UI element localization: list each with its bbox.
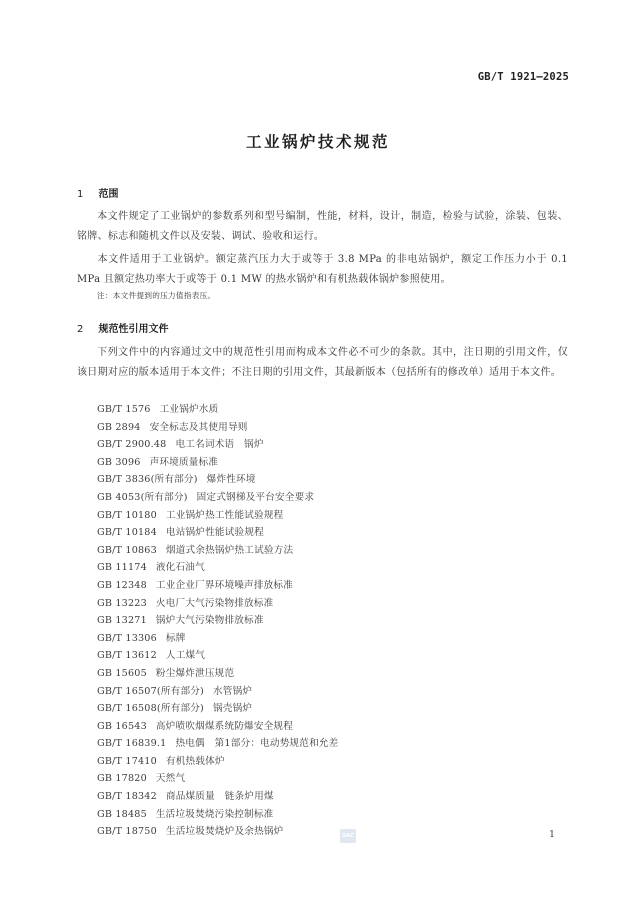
reference-item: GB/T 13612人工煤气 — [97, 647, 338, 665]
reference-item: GB/T 2900.48电工名词术语 锅炉 — [97, 436, 338, 454]
reference-item: GB 15605粉尘爆炸泄压规范 — [97, 665, 338, 683]
reference-item: GB/T 10863烟道式余热锅炉热工试验方法 — [97, 542, 338, 560]
section-title: 范围 — [98, 189, 118, 200]
reference-item: GB 2894安全标志及其使用导则 — [97, 419, 338, 437]
reference-list: GB/T 1576工业锅炉水质 GB 2894安全标志及其使用导则 GB/T 2… — [97, 401, 338, 841]
section-number: 2 — [77, 324, 95, 335]
paragraph-scope-1: 本文件规定了工业锅炉的参数系列和型号编制，性能，材料，设计，制造，检验与试验，涂… — [77, 207, 568, 246]
reference-item: GB 4053(所有部分)固定式钢梯及平台安全要求 — [97, 489, 338, 507]
standard-code: GB/T 1921—2025 — [478, 71, 569, 83]
document-page: GB/T 1921—2025 工业锅炉技术规范 1 范围 本文件规定了工业锅炉的… — [0, 0, 636, 900]
reference-item: GB/T 3836(所有部分)爆炸性环境 — [97, 471, 338, 489]
reference-item: GB/T 16508(所有部分)锅壳锅炉 — [97, 700, 338, 718]
section-1-heading: 1 范围 — [77, 185, 118, 200]
section-2-heading: 2 规范性引用文件 — [77, 320, 168, 335]
reference-item: GB/T 16507(所有部分)水管锅炉 — [97, 683, 338, 701]
sac-watermark-logo: SAC — [340, 829, 356, 843]
section-number: 1 — [77, 189, 95, 200]
paragraph-normative-refs: 下列文件中的内容通过文中的规范性引用而构成本文件必不可少的条款。其中，注日期的引… — [77, 343, 568, 382]
reference-item: GB/T 10180工业锅炉热工性能试验规程 — [97, 507, 338, 525]
reference-item: GB 18485生活垃圾焚烧污染控制标准 — [97, 806, 338, 824]
reference-item: GB/T 1576工业锅炉水质 — [97, 401, 338, 419]
reference-item: GB 11174液化石油气 — [97, 559, 338, 577]
reference-item: GB/T 17410有机热载体炉 — [97, 753, 338, 771]
section-title: 规范性引用文件 — [98, 324, 168, 335]
reference-item: GB 12348工业企业厂界环境噪声排放标准 — [97, 577, 338, 595]
paragraph-scope-2: 本文件适用于工业锅炉。额定蒸汽压力大于或等于 3.8 MPa 的非电站锅炉，额定… — [77, 250, 568, 289]
reference-item: GB/T 18750生活垃圾焚烧炉及余热锅炉 — [97, 823, 338, 841]
reference-item: GB 16543高炉喷吹烟煤系统防爆安全规程 — [97, 718, 338, 736]
reference-item: GB/T 16839.1热电偶 第1部分：电动势规范和允差 — [97, 735, 338, 753]
reference-item: GB 13271锅炉大气污染物排放标准 — [97, 612, 338, 630]
scope-note: 注：本文件提到的压力值指表压。 — [97, 290, 215, 301]
reference-item: GB/T 13306标牌 — [97, 630, 338, 648]
reference-item: GB 13223火电厂大气污染物排放标准 — [97, 595, 338, 613]
reference-item: GB/T 18342商品煤质量 链条炉用煤 — [97, 788, 338, 806]
document-title: 工业锅炉技术规范 — [0, 130, 636, 152]
page-number: 1 — [549, 829, 555, 840]
reference-item: GB 17820天然气 — [97, 770, 338, 788]
reference-item: GB/T 10184电站锅炉性能试验规程 — [97, 524, 338, 542]
reference-item: GB 3096声环境质量标准 — [97, 454, 338, 472]
